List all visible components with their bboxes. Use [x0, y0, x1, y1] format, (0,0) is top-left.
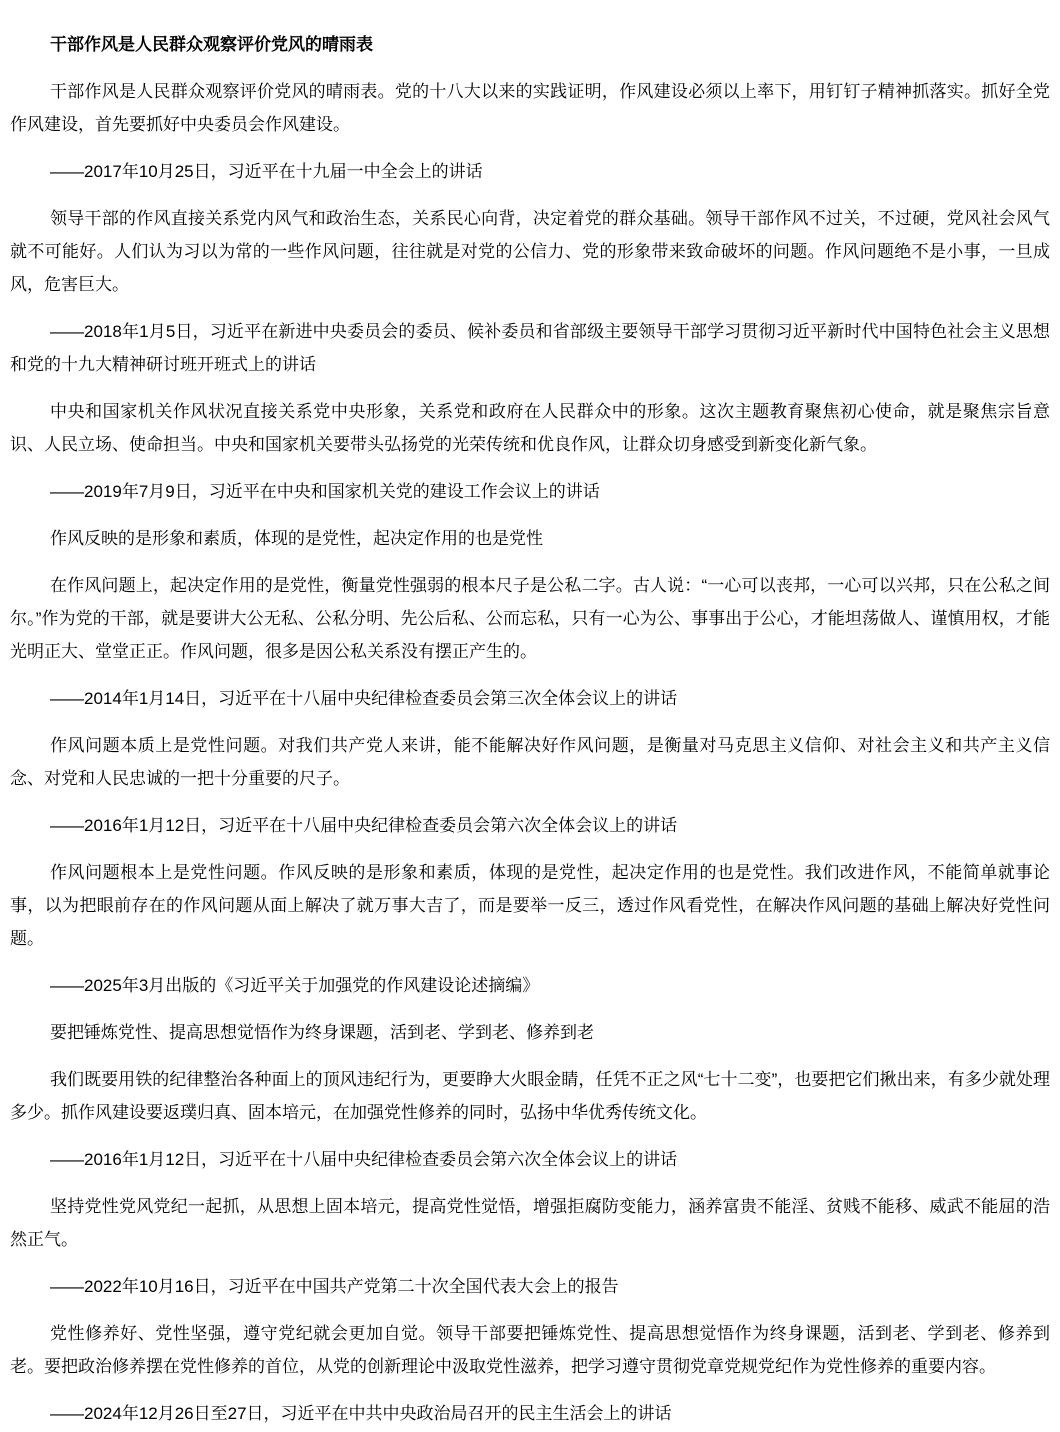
- paragraph: 作风问题本质上是党性问题。对我们共产党人来讲，能不能解决好作风问题，是衡量对马克…: [10, 729, 1050, 795]
- paragraph: 我们既要用铁的纪律整治各种面上的顶风违纪行为，更要睁大火眼金睛，任凭不正之风“七…: [10, 1063, 1050, 1129]
- section-heading: 要把锤炼党性、提高思想觉悟作为终身课题，活到老、学到老、修养到老: [10, 1016, 1050, 1049]
- citation: ——2016年1月12日，习近平在十八届中央纪律检查委员会第六次全体会议上的讲话: [10, 809, 1050, 842]
- citation: ——2024年12月26日至27日，习近平在中共中央政治局召开的民主生活会上的讲…: [10, 1397, 1050, 1430]
- paragraph: 作风问题根本上是党性问题。作风反映的是形象和素质，体现的是党性，起决定作用的也是…: [10, 856, 1050, 955]
- paragraph: 中央和国家机关作风状况直接关系党中央形象，关系党和政府在人民群众中的形象。这次主…: [10, 395, 1050, 461]
- paragraph: 在作风问题上，起决定作用的是党性，衡量党性强弱的根本尺子是公私二字。古人说：“一…: [10, 569, 1050, 668]
- citation: ——2019年7月9日，习近平在中央和国家机关党的建设工作会议上的讲话: [10, 475, 1050, 508]
- paragraph: 干部作风是人民群众观察评价党风的晴雨表。党的十八大以来的实践证明，作风建设必须以…: [10, 75, 1050, 141]
- citation: ——2025年3月出版的《习近平关于加强党的作风建设论述摘编》: [10, 969, 1050, 1002]
- article-body: 干部作风是人民群众观察评价党风的晴雨表 干部作风是人民群众观察评价党风的晴雨表。…: [10, 28, 1050, 1430]
- paragraph: 党性修养好、党性坚强，遵守党纪就会更加自觉。领导干部要把锤炼党性、提高思想觉悟作…: [10, 1317, 1050, 1383]
- section-heading: 作风反映的是形象和素质，体现的是党性，起决定作用的也是党性: [10, 522, 1050, 555]
- paragraph: 领导干部的作风直接关系党内风气和政治生态，关系民心向背，决定着党的群众基础。领导…: [10, 202, 1050, 301]
- citation: ——2022年10月16日，习近平在中国共产党第二十次全国代表大会上的报告: [10, 1270, 1050, 1303]
- citation: ——2018年1月5日，习近平在新进中央委员会的委员、候补委员和省部级主要领导干…: [10, 315, 1050, 381]
- citation: ——2014年1月14日，习近平在十八届中央纪律检查委员会第三次全体会议上的讲话: [10, 682, 1050, 715]
- paragraph: 坚持党性党风党纪一起抓，从思想上固本培元，提高党性觉悟，增强拒腐防变能力，涵养富…: [10, 1190, 1050, 1256]
- citation: ——2017年10月25日，习近平在十九届一中全会上的讲话: [10, 155, 1050, 188]
- citation: ——2016年1月12日，习近平在十八届中央纪律检查委员会第六次全体会议上的讲话: [10, 1143, 1050, 1176]
- article-title: 干部作风是人民群众观察评价党风的晴雨表: [10, 28, 1050, 61]
